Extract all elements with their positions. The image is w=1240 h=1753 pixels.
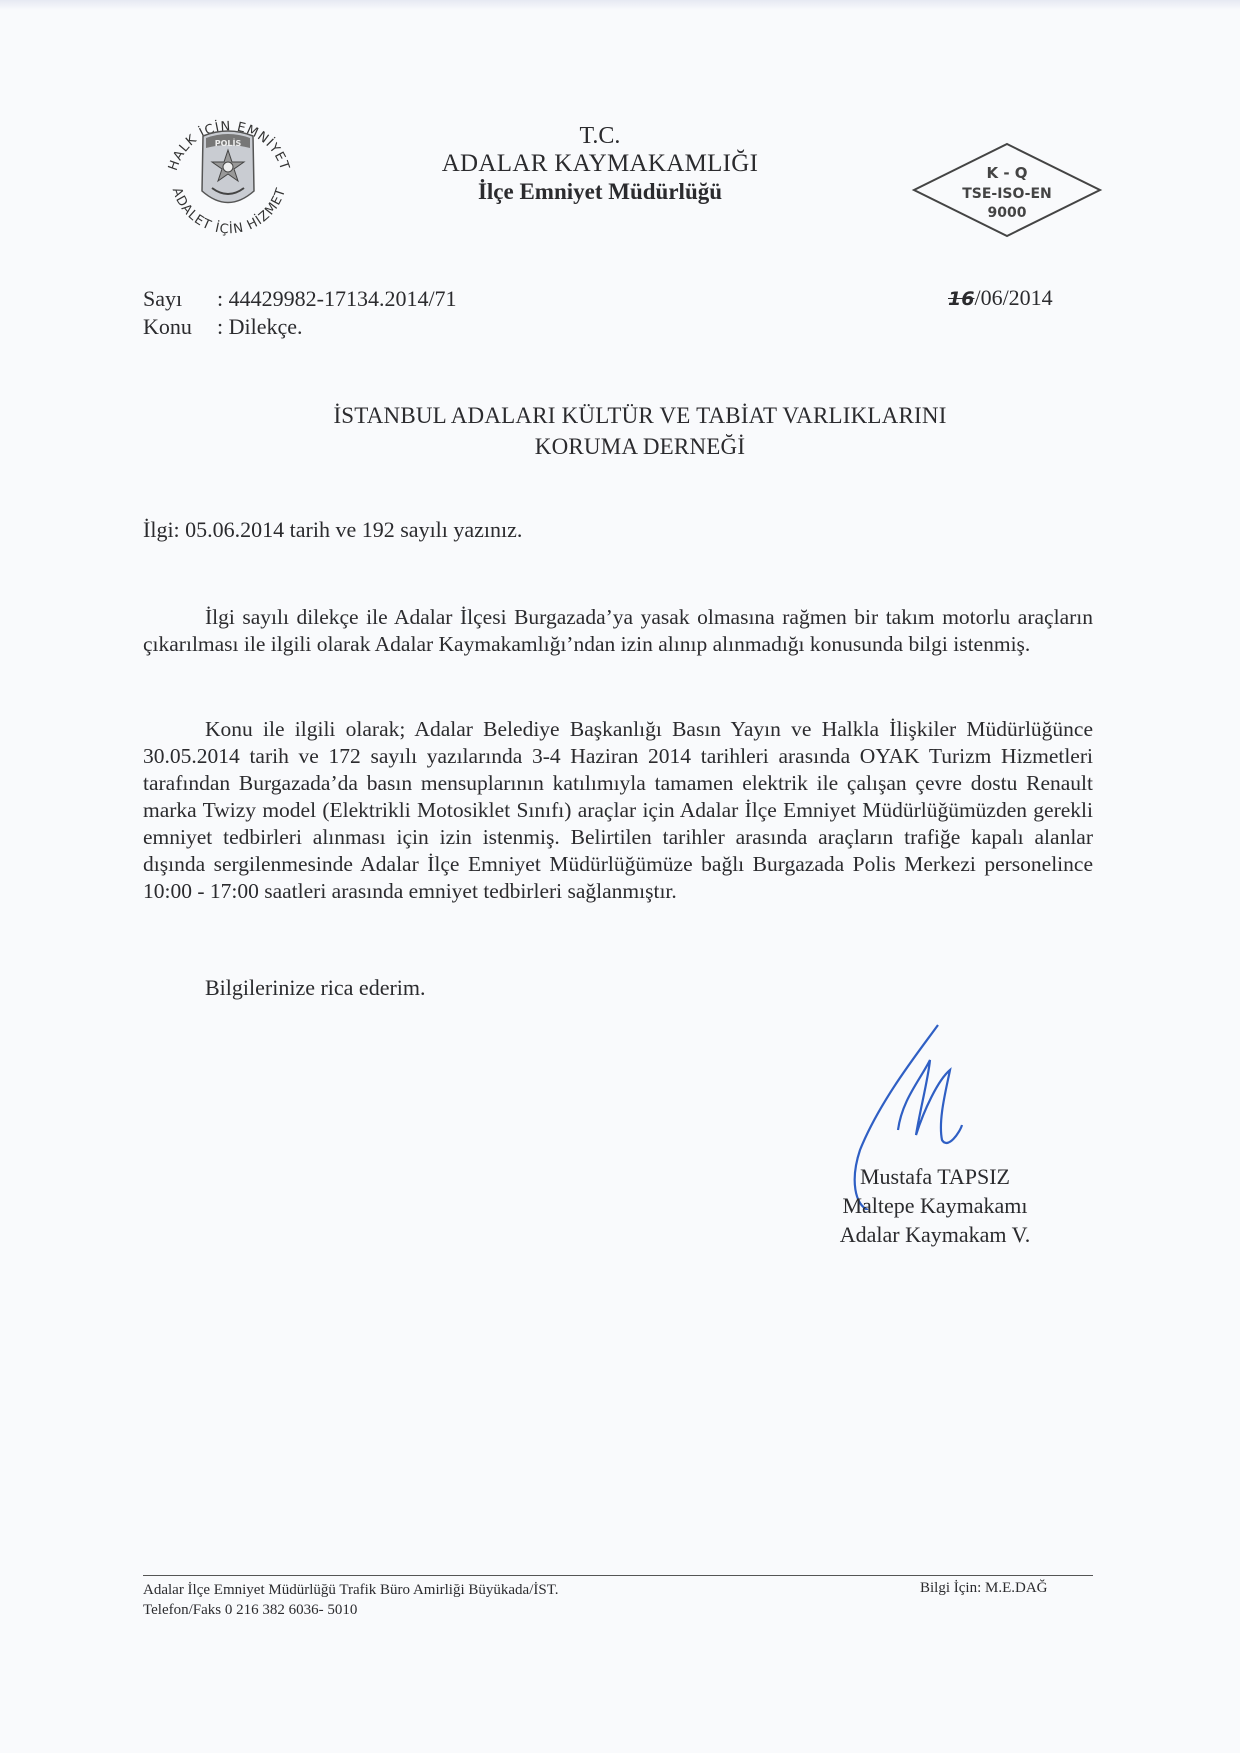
iso-line-2: TSE-ISO-EN	[962, 186, 1052, 202]
iso-line-3: 9000	[988, 205, 1027, 221]
iso-line-1: K - Q	[986, 164, 1027, 182]
addressee: İSTANBUL ADALARI KÜLTÜR VE TABİAT VARLIK…	[180, 400, 1100, 462]
signer-acting-title: Adalar Kaymakam V.	[795, 1220, 1075, 1249]
organization-name: ADALAR KAYMAKAMLIĞI	[400, 150, 800, 178]
footer-address: Adalar İlçe Emniyet Müdürlüğü Trafik Bür…	[143, 1580, 559, 1600]
body-paragraph-1: İlgi sayılı dilekçe ile Adalar İlçesi Bu…	[143, 604, 1093, 658]
body-paragraph-2: Konu ile ilgili olarak; Adalar Belediye …	[143, 716, 1093, 905]
scan-edge	[0, 0, 1240, 10]
document-date: 16/06/2014	[948, 285, 1053, 311]
number-label: Sayı	[143, 285, 203, 313]
signer-block: Mustafa TAPSIZ Maltepe Kaymakamı Adalar …	[795, 1162, 1075, 1249]
date-month-year: /06/2014	[974, 285, 1052, 310]
footer-contact-info: Adalar İlçe Emniyet Müdürlüğü Trafik Bür…	[143, 1580, 559, 1620]
document-meta: Sayı : 44429982-17134.2014/71 Konu : Dil…	[143, 285, 457, 341]
emblem-badge-text: POLİS	[215, 138, 242, 148]
number-row: Sayı : 44429982-17134.2014/71	[143, 285, 457, 313]
signer-name: Mustafa TAPSIZ	[795, 1162, 1075, 1191]
subject-label: Konu	[143, 313, 203, 341]
footer-info-contact: Bilgi İçin: M.E.DAĞ	[920, 1580, 1048, 1597]
closing-line: Bilgilerinize rica ederim.	[205, 975, 426, 1001]
addressee-line-1: İSTANBUL ADALARI KÜLTÜR VE TABİAT VARLIK…	[180, 400, 1100, 431]
number-value: : 44429982-17134.2014/71	[217, 285, 457, 313]
reference-line: İlgi: 05.06.2014 tarih ve 192 sayılı yaz…	[143, 517, 522, 543]
police-emblem-icon: HALK İÇİN EMNİYET ADALET İÇİN HİZMET POL…	[158, 96, 298, 246]
subject-value: : Dilekçe.	[217, 313, 303, 341]
state-abbreviation: T.C.	[400, 122, 800, 150]
date-day-handwritten: 16	[948, 288, 974, 310]
subject-row: Konu : Dilekçe.	[143, 313, 457, 341]
signer-title: Maltepe Kaymakamı	[795, 1191, 1075, 1220]
footer-phone: Telefon/Faks 0 216 382 6036- 5010	[143, 1600, 559, 1620]
addressee-line-2: KORUMA DERNEĞİ	[180, 431, 1100, 462]
iso-certification-badge: K - Q TSE-ISO-EN 9000	[910, 140, 1105, 240]
letterhead-title: T.C. ADALAR KAYMAKAMLIĞI İlçe Emniyet Mü…	[400, 122, 800, 206]
department-name: İlçe Emniyet Müdürlüğü	[400, 178, 800, 206]
footer-divider	[143, 1575, 1093, 1576]
